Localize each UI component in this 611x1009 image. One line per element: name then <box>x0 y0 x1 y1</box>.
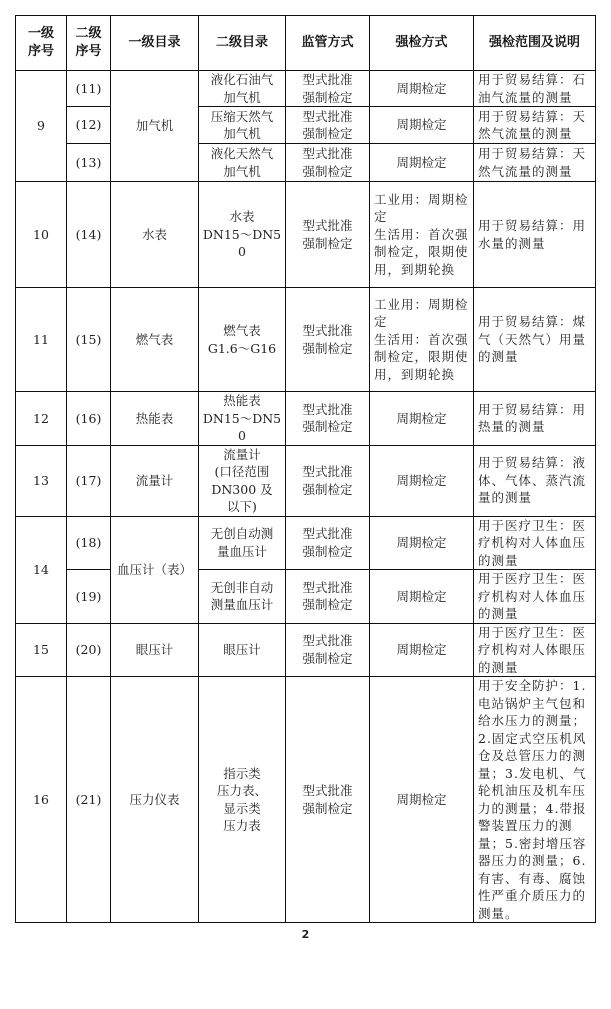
regulation-table: 一级序号 二级序号 一级目录 二级目录 监管方式 强检方式 强检范围及说明 9(… <box>15 15 596 923</box>
table-row: 11(15)燃气表燃气表G1.6～G16型式批准强制检定工业用：周期检定生活用：… <box>16 288 596 392</box>
level1-category: 眼压计 <box>111 623 199 677</box>
level2-category: 水表DN15～DN50 <box>199 182 286 288</box>
level2-no: (19) <box>67 570 111 624</box>
level1-no: 10 <box>16 182 67 288</box>
level1-category: 燃气表 <box>111 288 199 392</box>
level2-no: (17) <box>67 445 111 516</box>
supervision-mode: 型式批准强制检定 <box>286 144 370 182</box>
scope-description: 用于贸易结算：天然气流量的测量 <box>474 144 596 182</box>
header-level2-category: 二级目录 <box>199 16 286 71</box>
table-row: 10(14)水表水表DN15～DN50型式批准强制检定工业用：周期检定生活用：首… <box>16 182 596 288</box>
table-row: 13(17)流量计流量计(口径范围DN300 及以下)型式批准强制检定周期检定用… <box>16 445 596 516</box>
supervision-mode: 型式批准强制检定 <box>286 677 370 923</box>
level2-category: 压缩天然气加气机 <box>199 107 286 144</box>
level2-category: 指示类压力表、显示类压力表 <box>199 677 286 923</box>
inspection-method: 周期检定 <box>370 623 474 677</box>
level2-no: (15) <box>67 288 111 392</box>
scope-description: 用于医疗卫生：医疗机构对人体眼压的测量 <box>474 623 596 677</box>
supervision-mode: 型式批准强制检定 <box>286 445 370 516</box>
level2-no: (20) <box>67 623 111 677</box>
inspection-method: 周期检定 <box>370 71 474 107</box>
header-scope: 强检范围及说明 <box>474 16 596 71</box>
inspection-method: 周期检定 <box>370 392 474 446</box>
table-row: 14(18)血压计（表）无创自动测量血压计型式批准强制检定周期检定用于医疗卫生：… <box>16 516 596 570</box>
inspection-method: 周期检定 <box>370 570 474 624</box>
level2-category: 燃气表G1.6～G16 <box>199 288 286 392</box>
level1-category: 水表 <box>111 182 199 288</box>
level1-category: 压力仪表 <box>111 677 199 923</box>
inspection-method: 周期检定 <box>370 107 474 144</box>
supervision-mode: 型式批准强制检定 <box>286 288 370 392</box>
header-row: 一级序号 二级序号 一级目录 二级目录 监管方式 强检方式 强检范围及说明 <box>16 16 596 71</box>
header-inspection-method: 强检方式 <box>370 16 474 71</box>
level1-category: 血压计（表） <box>111 516 199 623</box>
supervision-mode: 型式批准强制检定 <box>286 182 370 288</box>
level2-no: (12) <box>67 107 111 144</box>
level2-category: 无创非自动测量血压计 <box>199 570 286 624</box>
scope-description: 用于医疗卫生：医疗机构对人体血压的测量 <box>474 516 596 570</box>
table-row: 9(11)加气机液化石油气加气机型式批准强制检定周期检定用于贸易结算：石油气流量… <box>16 71 596 107</box>
supervision-mode: 型式批准强制检定 <box>286 570 370 624</box>
level2-category: 眼压计 <box>199 623 286 677</box>
inspection-method: 周期检定 <box>370 677 474 923</box>
level2-category: 无创自动测量血压计 <box>199 516 286 570</box>
page-number: 2 <box>0 928 611 941</box>
scope-description: 用于贸易结算：煤气（天然气）用量的测量 <box>474 288 596 392</box>
level2-no: (13) <box>67 144 111 182</box>
scope-description: 用于医疗卫生：医疗机构对人体血压的测量 <box>474 570 596 624</box>
header-supervision: 监管方式 <box>286 16 370 71</box>
level1-category: 加气机 <box>111 71 199 182</box>
table-row: 12(16)热能表热能表DN15～DN50型式批准强制检定周期检定用于贸易结算：… <box>16 392 596 446</box>
inspection-method: 工业用：周期检定生活用：首次强制检定，限期使用，到期轮换 <box>370 182 474 288</box>
header-level2-no: 二级序号 <box>67 16 111 71</box>
table-row: (19)无创非自动测量血压计型式批准强制检定周期检定用于医疗卫生：医疗机构对人体… <box>16 570 596 624</box>
level2-category: 热能表DN15～DN50 <box>199 392 286 446</box>
level1-no: 12 <box>16 392 67 446</box>
level1-category: 流量计 <box>111 445 199 516</box>
table-row: 15(20)眼压计眼压计型式批准强制检定周期检定用于医疗卫生：医疗机构对人体眼压… <box>16 623 596 677</box>
table-row: (13)液化天然气加气机型式批准强制检定周期检定用于贸易结算：天然气流量的测量 <box>16 144 596 182</box>
inspection-method: 周期检定 <box>370 144 474 182</box>
inspection-method: 周期检定 <box>370 516 474 570</box>
level2-no: (16) <box>67 392 111 446</box>
supervision-mode: 型式批准强制检定 <box>286 392 370 446</box>
supervision-mode: 型式批准强制检定 <box>286 623 370 677</box>
scope-description: 用于贸易结算：用热量的测量 <box>474 392 596 446</box>
level1-no: 11 <box>16 288 67 392</box>
header-level1-category: 一级目录 <box>111 16 199 71</box>
level2-category: 液化石油气加气机 <box>199 71 286 107</box>
inspection-method: 工业用：周期检定生活用：首次强制检定，限期使用，到期轮换 <box>370 288 474 392</box>
level1-no: 15 <box>16 623 67 677</box>
level2-no: (21) <box>67 677 111 923</box>
scope-description: 用于安全防护：1.电站锅炉主气包和给水压力的测量；2.固定式空压机风仓及总管压力… <box>474 677 596 923</box>
supervision-mode: 型式批准强制检定 <box>286 516 370 570</box>
level2-no: (18) <box>67 516 111 570</box>
scope-description: 用于贸易结算：石油气流量的测量 <box>474 71 596 107</box>
table-row: (12)压缩天然气加气机型式批准强制检定周期检定用于贸易结算：天然气流量的测量 <box>16 107 596 144</box>
level1-no: 9 <box>16 71 67 182</box>
table-row: 16(21)压力仪表指示类压力表、显示类压力表型式批准强制检定周期检定用于安全防… <box>16 677 596 923</box>
level2-no: (14) <box>67 182 111 288</box>
header-level1-no: 一级序号 <box>16 16 67 71</box>
scope-description: 用于贸易结算：用水量的测量 <box>474 182 596 288</box>
level2-no: (11) <box>67 71 111 107</box>
level1-category: 热能表 <box>111 392 199 446</box>
level2-category: 液化天然气加气机 <box>199 144 286 182</box>
level2-category: 流量计(口径范围DN300 及以下) <box>199 445 286 516</box>
inspection-method: 周期检定 <box>370 445 474 516</box>
level1-no: 16 <box>16 677 67 923</box>
supervision-mode: 型式批准强制检定 <box>286 71 370 107</box>
level1-no: 13 <box>16 445 67 516</box>
scope-description: 用于贸易结算：天然气流量的测量 <box>474 107 596 144</box>
scope-description: 用于贸易结算：液体、气体、蒸汽流量的测量 <box>474 445 596 516</box>
supervision-mode: 型式批准强制检定 <box>286 107 370 144</box>
level1-no: 14 <box>16 516 67 623</box>
